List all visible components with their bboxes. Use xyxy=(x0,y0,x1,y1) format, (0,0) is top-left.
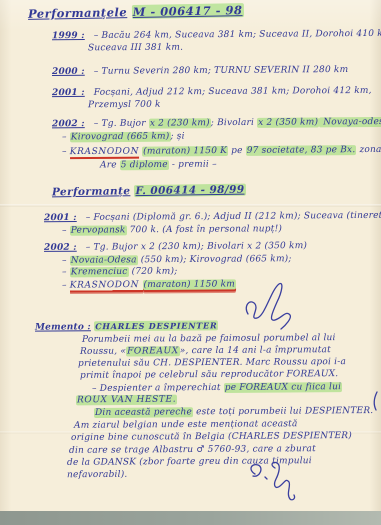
memento-line: Roussu, «FOREAUX», care la 14 ani l-a îm… xyxy=(80,346,331,357)
results-text: Are xyxy=(100,160,120,170)
memento-line: primit înapoi pe celebrul său reproducăt… xyxy=(80,370,338,381)
results-text: (550 km); Kirovograd (665 km); xyxy=(138,254,292,265)
highlighted-result: 97 societate, 83 pe Bx. xyxy=(246,145,357,156)
memento-line: origine bine cunoscută în Belgia (CHARLE… xyxy=(71,432,352,443)
highlighted-result: x 2 (350 km) xyxy=(257,117,319,127)
breeder-name: CHARLES DESPIENTER xyxy=(94,320,218,331)
memento-text: Am ziarul belgian unde este menționat ac… xyxy=(74,419,298,431)
memento-heading: Memento : CHARLES DESPIENTER xyxy=(35,321,218,332)
results-text: – Focșani (Diplomă gr. 6.); Adjud II (21… xyxy=(86,211,381,223)
entry-2002-m-diplomas: Are 5 diplome - premii – xyxy=(100,161,217,171)
results-text: pe xyxy=(228,146,246,156)
krasnodon-red-underlined: KRASNODON xyxy=(70,280,143,291)
scanned-note-page: Performanțele M - 006417 - 98 1999 : – B… xyxy=(0,0,381,525)
section-f-title: Performanțe F. 006414 - 98/99 xyxy=(52,185,246,198)
results-text: Focșani, Adjud 212 km; Suceava 381 km; D… xyxy=(94,86,372,98)
highlighted-result: 5 diplome xyxy=(120,160,169,170)
memento-line: Am ziarul belgian unde este menționat ac… xyxy=(74,420,298,431)
results-text: – xyxy=(62,281,70,291)
highlighted-result: Kremenciuc xyxy=(70,267,129,277)
pen-mark xyxy=(370,390,380,412)
memento-text: din care se trage Albastru ♂ 5760-93, ca… xyxy=(69,444,316,456)
paper-crease xyxy=(0,204,381,207)
title-word: Performanțele xyxy=(28,5,127,21)
entry-2002-f-odesa: – Novaia-Odesa (550 km); Kirovograd (665… xyxy=(62,255,292,266)
memento-text: nefavorabil). xyxy=(67,470,128,480)
entry-2001-m-cont: Przemysl 700 k xyxy=(88,101,161,111)
entry-1999: 1999 : – Bacău 264 km, Suceava 381 km; S… xyxy=(52,30,381,41)
entry-2001-f: 2001 : – Focșani (Diplomă gr. 6.); Adjud… xyxy=(44,212,381,223)
highlighted-result: Novaya-odesa 550 km xyxy=(319,117,381,128)
title-ring-number: M - 006417 - 98 xyxy=(132,3,244,19)
entry-2001-m: 2001 : Focșani, Adjud 212 km; Suceava 38… xyxy=(52,87,372,98)
results-text: – xyxy=(62,256,70,266)
memento-text: prietenului său CH. DESPIENTER. Marc Rou… xyxy=(78,357,346,369)
highlighted-result: x 2 (230 km) xyxy=(149,118,211,128)
results-text: (720 km); xyxy=(128,267,177,277)
results-text: Przemysl 700 k xyxy=(88,100,161,111)
memento-text: Roussu, « xyxy=(80,347,126,357)
results-text: 700 k. (A fost în personal nupț!) xyxy=(127,224,283,235)
results-text: – xyxy=(62,267,70,277)
highlighted-result: (maraton) 1150 K xyxy=(142,146,228,157)
year-label: 2001 : xyxy=(52,88,85,98)
memento-line: prietenului său CH. DESPIENTER. Marc Rou… xyxy=(78,358,346,369)
results-text: ; și xyxy=(170,132,184,142)
entry-2000: 2000 : – Turnu Severin 280 km; TURNU SEV… xyxy=(52,66,348,77)
signature-scribble xyxy=(243,460,299,508)
memento-line: – Despienter a împerechiat pe FOREAUX cu… xyxy=(92,383,342,394)
memento-line: din care se trage Albastru ♂ 5760-93, ca… xyxy=(69,445,316,456)
memento-line: Din această pereche este toți porumbeii … xyxy=(94,407,373,418)
entry-2002-m: 2002 : – Tg. Bujor x 2 (230 km); Bivolar… xyxy=(52,118,381,130)
results-text: ; Bivolari xyxy=(211,118,257,128)
title-ring-number: F. 006414 - 98/99 xyxy=(134,184,245,198)
entry-1999-cont: Suceava III 381 km. xyxy=(88,44,183,54)
year-label: 2001 : xyxy=(44,213,77,223)
results-text: zona II. xyxy=(356,145,381,155)
memento-text: este toți porumbeii lui DESPIENTER. xyxy=(193,406,373,417)
results-text: Suceava III 381 km. xyxy=(88,43,183,54)
memento-text: », care la 14 ani l-a împrumutat xyxy=(180,345,331,356)
results-text: – xyxy=(62,226,70,236)
krasnodon-red-underlined: KRASNODON xyxy=(70,147,139,159)
pigeon-name-roux-van-heste: ROUX VAN HESTE. xyxy=(76,395,177,406)
memento-text: – Despienter a împerechiat xyxy=(92,383,224,394)
entry-2002-f-krasnodon: – KRASNODON (maraton) 1150 km xyxy=(62,280,236,290)
year-label: 2000 : xyxy=(52,67,85,77)
entry-2002-f: 2002 : – Tg. Bujor x 2 (230 km); Bivolar… xyxy=(44,242,307,253)
highlighted-result: Pervopansk xyxy=(70,225,127,235)
results-text: – Bacău 264 km, Suceava 381 km; Suceava … xyxy=(94,29,381,41)
results-text: – Turnu Severin 280 km; TURNU SEVERIN II… xyxy=(94,65,349,77)
results-text: - premii – xyxy=(169,160,217,170)
year-label: 2002 : xyxy=(44,243,77,253)
memento-text: primit înapoi pe celebrul său reproducăt… xyxy=(80,369,338,381)
results-text: – xyxy=(62,147,70,157)
entry-2002-m-kirovograd: – Kirovograd (665 km); și xyxy=(62,133,185,143)
highlighted-result: Novaia-Odesa xyxy=(70,255,138,265)
memento-line: ROUX VAN HESTE. xyxy=(76,396,177,406)
memento-text: Porumbeii mei au la bază pe faimosul por… xyxy=(82,333,336,345)
year-label: 2002 : xyxy=(52,119,85,129)
section-m-title: Performanțele M - 006417 - 98 xyxy=(28,5,244,20)
scan-background-strip xyxy=(0,511,381,525)
memento-text: origine bine cunoscută în Belgia (CHARLE… xyxy=(71,431,352,443)
results-text: – Tg. Bujor xyxy=(94,119,149,129)
memento-line: nefavorabil). xyxy=(67,471,128,480)
memento-label: Memento : xyxy=(35,322,91,332)
results-text: – xyxy=(62,132,70,142)
highlighted-text: Din această pereche xyxy=(94,407,193,418)
pigeon-name-foreaux: FOREAUX xyxy=(126,346,180,356)
memento-line: Porumbeii mei au la bază pe faimosul por… xyxy=(82,334,336,345)
title-word: Performanțe xyxy=(52,185,131,198)
entry-2002-f-kremenciuc: – Kremenciuc (720 km); xyxy=(62,268,178,278)
results-text: – Tg. Bujor x 2 (230 km); Bivolari x 2 (… xyxy=(86,241,307,253)
highlighted-result: Kirovograd (665 km) xyxy=(70,132,171,143)
highlighted-result: (maraton) 1150 km xyxy=(142,279,236,290)
entry-2002-m-krasnodon: – KRASNODON (maraton) 1150 K pe 97 socie… xyxy=(62,146,381,157)
signature-scribble xyxy=(240,280,302,332)
entry-2001-f-cont: – Pervopansk 700 k. (A fost în personal … xyxy=(62,225,282,236)
highlighted-text: pe FOREAUX cu fiica lui xyxy=(224,382,343,393)
year-label: 1999 : xyxy=(52,31,85,41)
